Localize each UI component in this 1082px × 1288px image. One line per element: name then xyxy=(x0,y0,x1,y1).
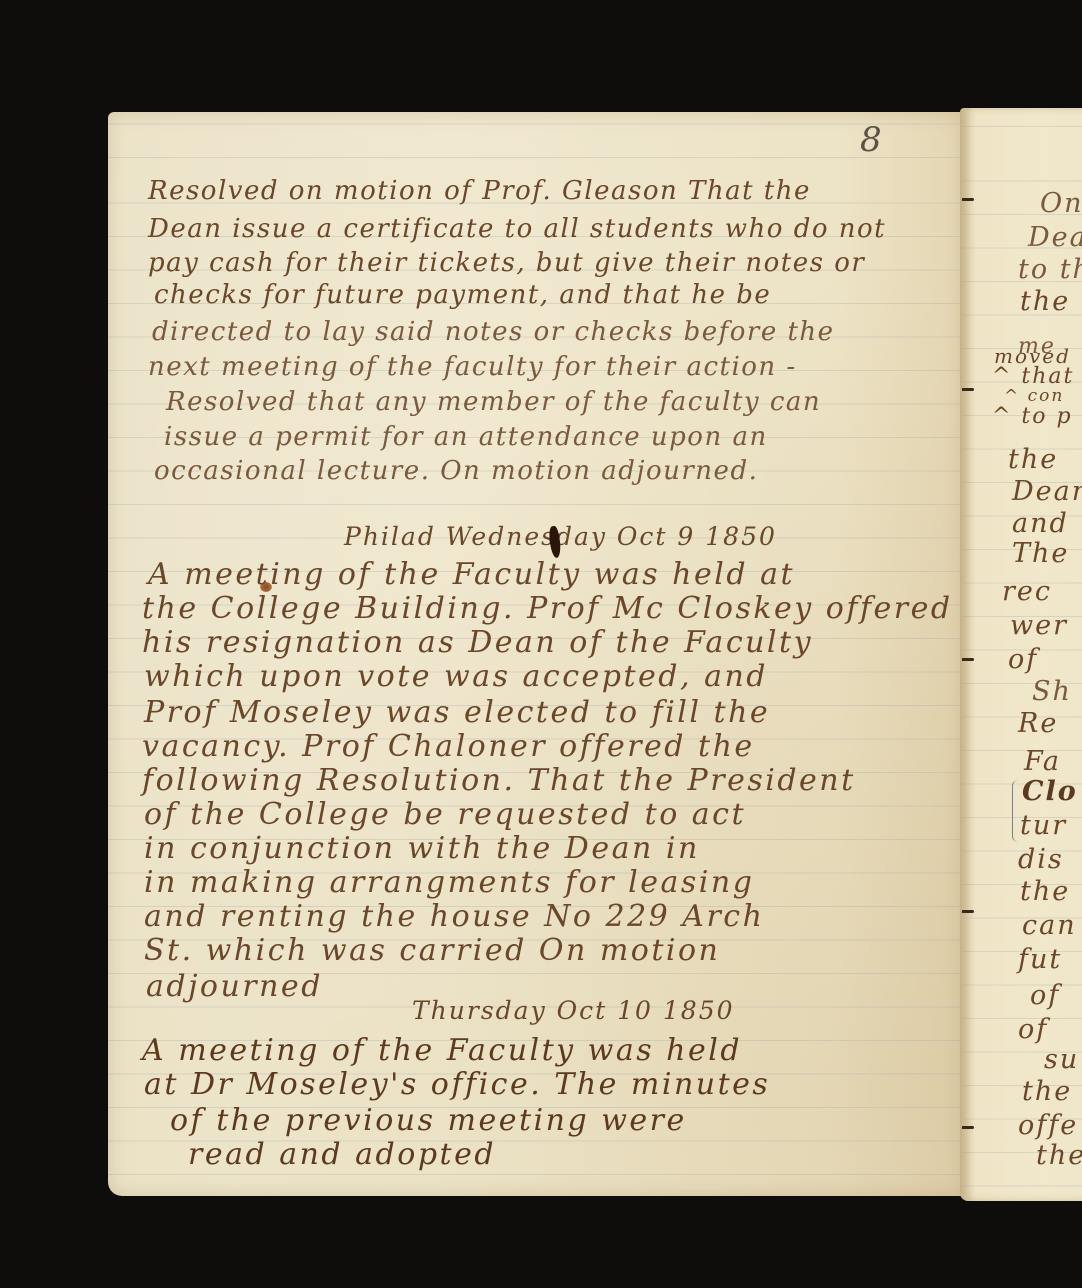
text-line: issue a permit for an attendance upon an xyxy=(164,424,768,450)
text-line: following Resolution. That the President xyxy=(142,766,856,796)
left-page: 8 Resolved on motion of Prof. Gleason Th… xyxy=(108,112,964,1196)
binding-stitch xyxy=(960,910,974,913)
text-fragment: Clo xyxy=(1022,778,1078,805)
text-fragment: su xyxy=(1044,1046,1079,1073)
text-fragment: the xyxy=(1008,446,1058,473)
binding-stitch xyxy=(960,198,974,201)
text-fragment: the xyxy=(1020,288,1070,315)
margin-bracket xyxy=(1012,780,1019,842)
text-fragment: moved xyxy=(994,346,1071,366)
scanned-manuscript: 8 Resolved on motion of Prof. Gleason Th… xyxy=(0,0,1082,1288)
text-line: and renting the house No 229 Arch xyxy=(144,902,764,932)
binding-stitch xyxy=(960,388,974,391)
text-fragment: dis xyxy=(1018,846,1064,873)
text-line: Dean issue a certificate to all students… xyxy=(148,216,886,242)
text-line: in making arrangments for leasing xyxy=(144,868,754,898)
text-line: read and adopted xyxy=(188,1140,496,1170)
text-fragment: ^ con xyxy=(1004,388,1064,405)
entry-heading: Philad Wednesday Oct 9 1850 xyxy=(344,524,777,549)
text-line: Resolved that any member of the faculty … xyxy=(166,389,821,415)
text-line: of the College be requested to act xyxy=(144,800,746,830)
text-line: Resolved on motion of Prof. Gleason That… xyxy=(148,178,811,204)
text-fragment: can xyxy=(1022,912,1077,939)
text-fragment: rec xyxy=(1002,578,1052,605)
text-fragment: ^ that xyxy=(992,366,1074,388)
text-fragment: fut xyxy=(1018,946,1062,973)
text-fragment: Re xyxy=(1018,710,1058,737)
text-line: next meeting of the faculty for their ac… xyxy=(148,354,797,380)
text-fragment: the xyxy=(1036,1142,1082,1169)
text-fragment: of xyxy=(1018,1016,1048,1043)
binding-stitch xyxy=(960,1126,974,1129)
text-line: A meeting of the Faculty was held at xyxy=(148,560,795,590)
text-fragment: to th xyxy=(1018,256,1082,283)
text-line: of the previous meeting were xyxy=(170,1106,687,1136)
text-line: adjourned xyxy=(146,972,323,1002)
text-line: occasional lecture. On motion adjourned. xyxy=(154,458,758,484)
text-fragment: On xyxy=(1040,190,1082,217)
text-fragment: Dea xyxy=(1028,224,1082,251)
page-number: 8 xyxy=(860,120,882,160)
text-fragment: Sh xyxy=(1032,678,1072,705)
text-line: checks for future payment, and that he b… xyxy=(154,282,771,308)
text-line: vacancy. Prof Chaloner offered the xyxy=(142,732,755,762)
text-line: the College Building. Prof Mc Closkey of… xyxy=(142,594,953,624)
text-fragment: The xyxy=(1012,540,1069,567)
text-fragment: and xyxy=(1012,510,1069,537)
text-fragment: offe xyxy=(1018,1112,1078,1139)
text-fragment: of xyxy=(1008,646,1038,673)
text-fragment: of xyxy=(1030,982,1060,1009)
text-line: A meeting of the Faculty was held xyxy=(142,1036,742,1066)
text-fragment: Dean xyxy=(1012,478,1082,505)
text-line: Prof Moseley was elected to fill the xyxy=(144,698,770,728)
binding-stitch xyxy=(960,658,974,661)
text-fragment: the xyxy=(1020,878,1070,905)
text-fragment: the xyxy=(1022,1078,1072,1105)
text-line: which upon vote was accepted, and xyxy=(144,662,768,692)
text-line: pay cash for their tickets, but give the… xyxy=(148,250,865,276)
entry-heading: Thursday Oct 10 1850 xyxy=(412,998,735,1023)
text-line: directed to lay said notes or checks bef… xyxy=(152,319,835,345)
text-fragment: Fa xyxy=(1024,748,1061,775)
right-page-fragment: On Dea to th the me moved ^ that ^ con ^… xyxy=(960,108,1082,1201)
text-line: in conjunction with the Dean in xyxy=(144,834,700,864)
text-line: St. which was carried On motion xyxy=(144,936,720,966)
text-fragment: wer xyxy=(1010,612,1068,639)
text-line: his resignation as Dean of the Faculty xyxy=(142,628,813,658)
text-fragment: ^ to p xyxy=(992,406,1073,428)
text-fragment: tur xyxy=(1020,812,1067,839)
text-line: at Dr Moseley's office. The minutes xyxy=(144,1070,770,1100)
